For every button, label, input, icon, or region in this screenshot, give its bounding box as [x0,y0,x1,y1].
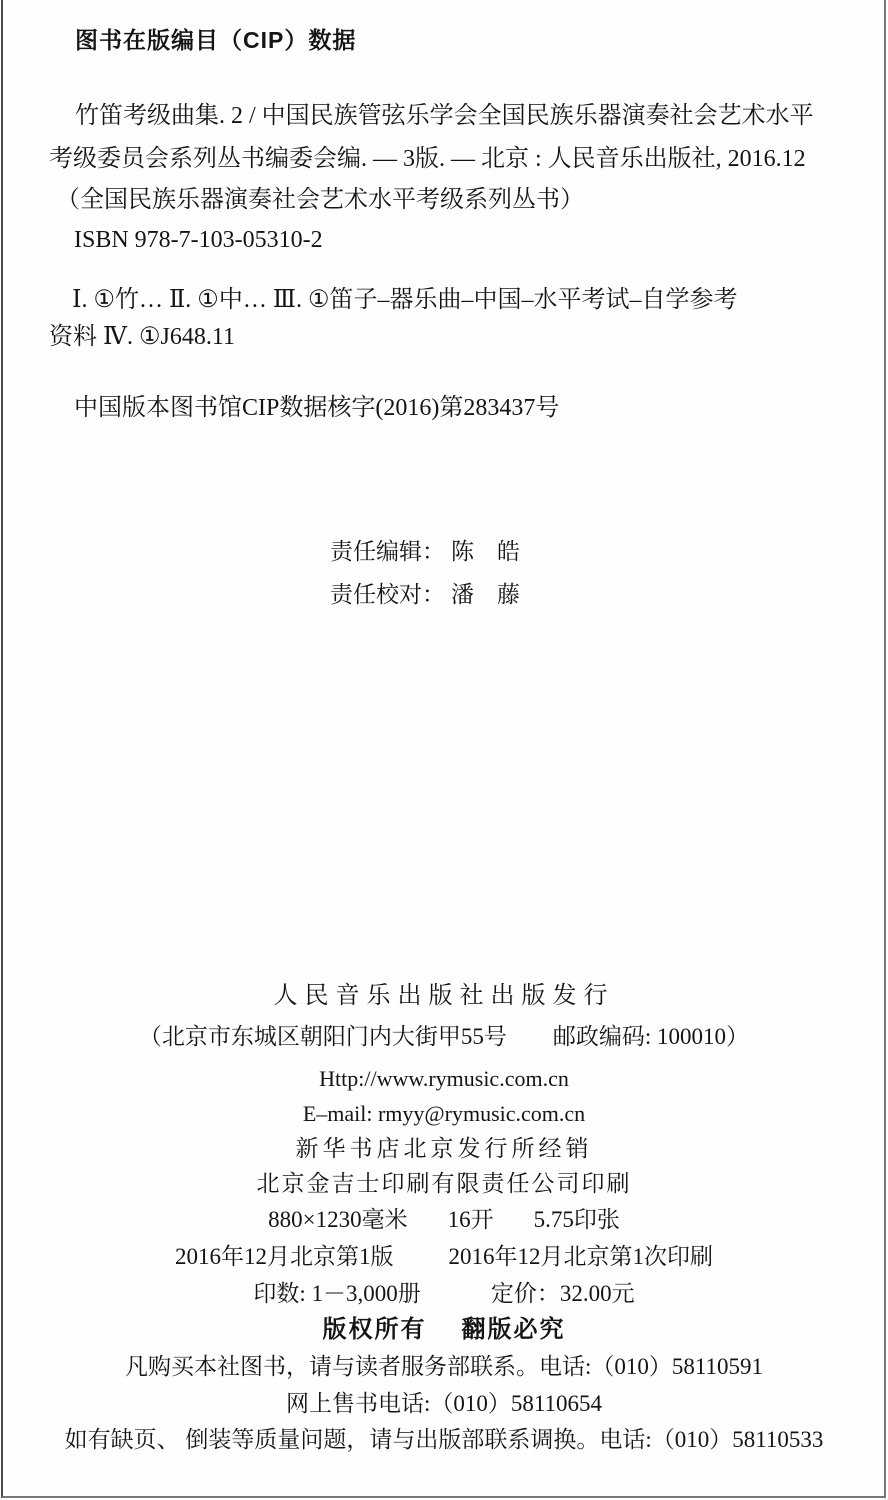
proofreader-name: 潘 藤 [451,582,520,607]
classification-line-1: Ⅰ. ①竹… Ⅱ. ①中… Ⅲ. ①笛子–器乐曲–中国–水平考试–自学参考 [72,286,737,315]
format-folio: 16开 [448,1207,494,1232]
proofreader-line: 责任校对：潘 藤 [330,581,520,609]
proofreader-label: 责任校对： [330,582,445,607]
copyright-notice-part1: 版权所有 [323,1316,427,1343]
cip-title-line-1: 竹笛考级曲集. 2 / 中国民族管弦乐学会全国民族乐器演奏社会艺术水平 [75,102,814,131]
copyright-notice: 版权所有翻版必究 [0,1316,888,1345]
isbn-line: ISBN 978-7-103-05310-2 [74,226,323,255]
cip-record-number: 中国版本图书馆CIP数据核字(2016)第283437号 [74,394,559,423]
classification-line-2: 资料 Ⅳ. ①J648.11 [49,323,235,352]
first-edition: 2016年12月北京第1版 [175,1244,394,1269]
publisher-website: Http://www.rymusic.com.cn [0,1066,888,1092]
first-printing: 2016年12月北京第1次印刷 [449,1244,714,1269]
cip-header: 图书在版编目（CIP）数据 [75,27,356,55]
copyright-page: 图书在版编目（CIP）数据 竹笛考级曲集. 2 / 中国民族管弦乐学会全国民族乐… [0,0,888,1500]
printer-line: 北京金吉士印刷有限责任公司印刷 [0,1170,888,1198]
format-sheets: 5.75印张 [534,1207,620,1232]
publisher-email: E–mail: rmyy@rymusic.com.cn [0,1101,888,1127]
service-contact-line: 凡购买本社图书，请与读者服务部联系。电话:（010）58110591 [0,1353,888,1381]
scan-border [1,0,886,1498]
print-run-copies: 印数: 1－3,000册 [253,1281,420,1306]
online-sales-line: 网上售书电话:（010）58110654 [0,1390,888,1418]
edition-line: 2016年12月北京第1版2016年12月北京第1次印刷 [0,1243,888,1271]
quality-contact-line: 如有缺页、 倒装等质量问题，请与出版部联系调换。电话:（010）58110533 [0,1426,888,1454]
editor-label: 责任编辑： [330,539,445,564]
editor-name: 陈 皓 [451,539,520,564]
publisher-address: （北京市东城区朝阳门内大街甲55号 邮政编码: 100010） [0,1023,888,1051]
publisher-line: 人民音乐出版社出版发行 [0,982,888,1011]
distributor-line: 新华书店北京发行所经销 [0,1135,888,1163]
copyright-notice-part2: 翻版必究 [462,1316,566,1343]
editor-line: 责任编辑：陈 皓 [330,538,520,566]
price: 定价：32.00元 [491,1281,635,1306]
format-line: 880×1230毫米16开5.75印张 [0,1206,888,1234]
format-size: 880×1230毫米 [268,1207,407,1232]
cip-title-line-2: 考级委员会系列丛书编委会编. — 3版. — 北京 : 人民音乐出版社, 201… [49,145,806,174]
series-note: （全国民族乐器演奏社会艺术水平考级系列丛书） [56,186,584,215]
print-run-line: 印数: 1－3,000册定价：32.00元 [0,1280,888,1308]
